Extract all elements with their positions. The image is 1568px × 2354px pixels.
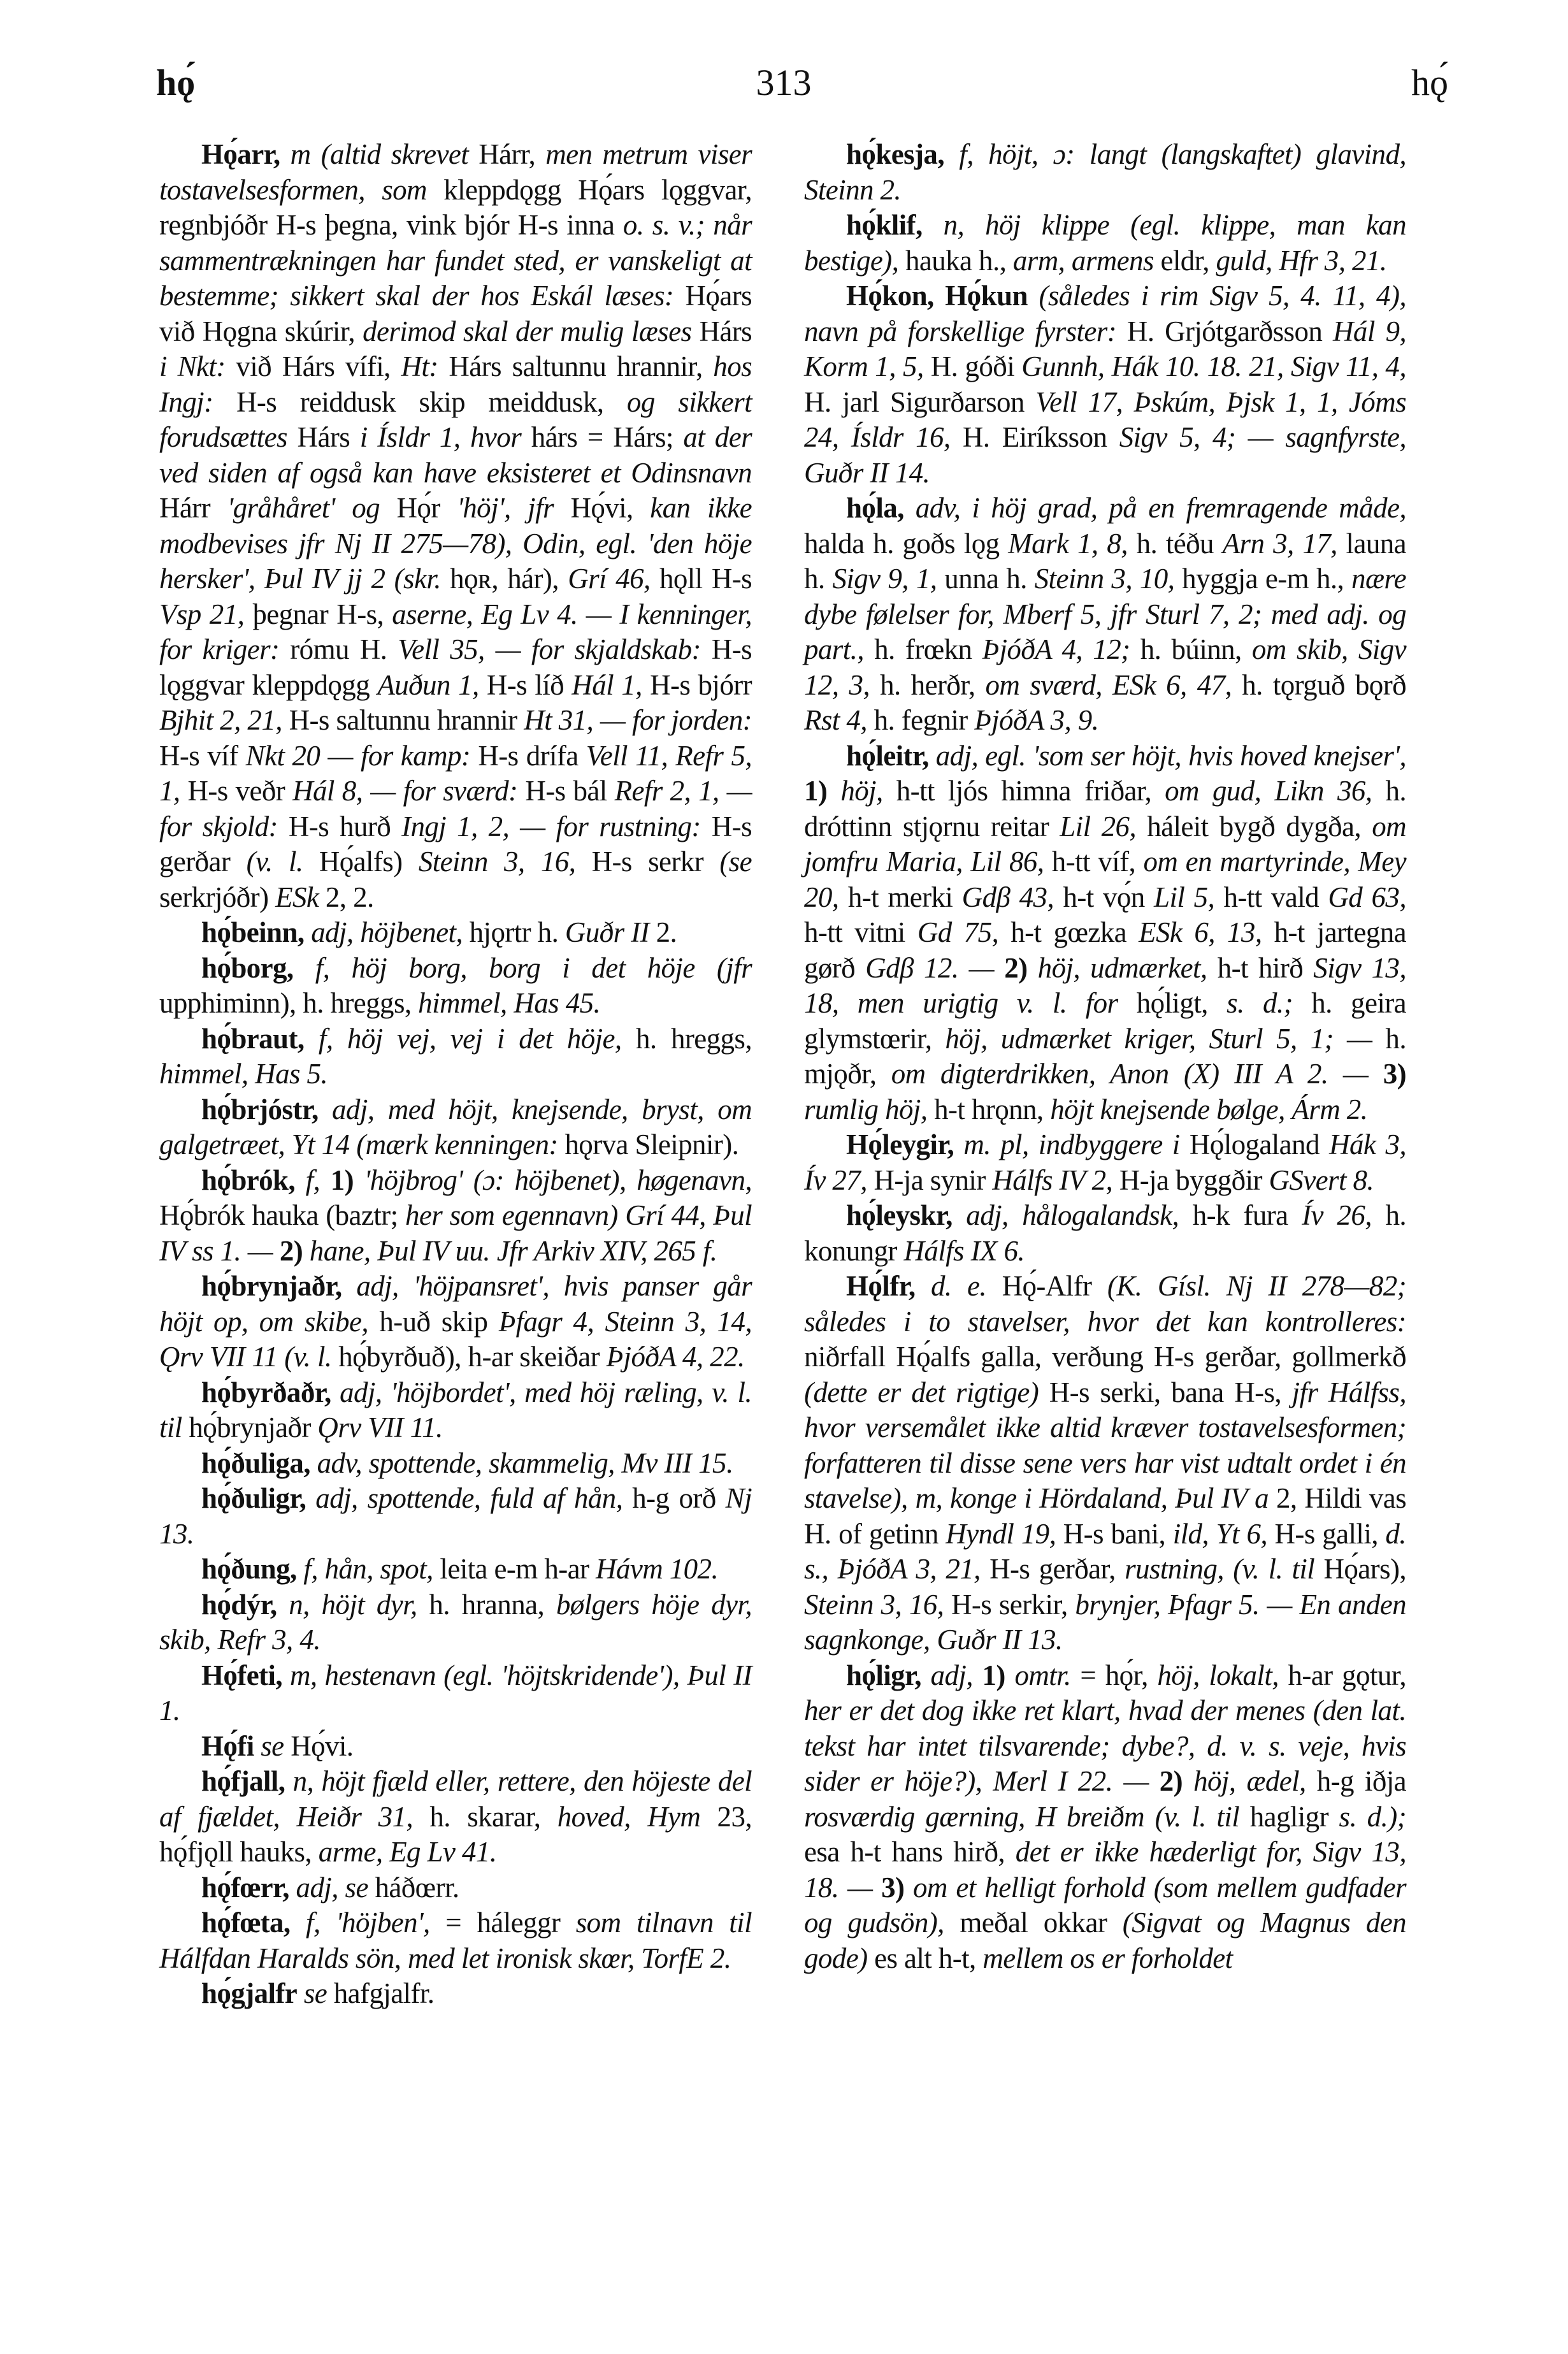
dictionary-entry: hǫ́borg, f, höj borg, borg i det höje (j… (159, 951, 752, 1022)
gloss-text: Mark 1, 8, (1008, 528, 1136, 560)
dictionary-entry: hǫ́ðung, f, hån, spot, leita e-m h-ar Há… (159, 1552, 752, 1587)
citation-text: h-t gœzka (1011, 916, 1139, 948)
gloss-text: guld, Hfr 3, 21. (1216, 245, 1387, 277)
headword: Hǫ́fi (201, 1730, 254, 1762)
gloss-text: om gud, Likn 36, (1165, 775, 1385, 807)
citation-text: leita e-m h-ar (440, 1553, 596, 1585)
headword: hǫ́braut, (201, 1023, 305, 1055)
gloss-text: Gdβ 43, (962, 881, 1063, 913)
gloss-text: höj, ædel, (1193, 1765, 1317, 1797)
gloss-text: se (254, 1730, 291, 1762)
gloss-text: (se (719, 846, 752, 877)
headword: Hǫ́kon, Hǫ́kun (846, 280, 1028, 312)
gloss-text: himmel, Has 45. (418, 987, 600, 1019)
gloss-text: m (altid skrevet (280, 138, 478, 170)
citation-text: H-s bjórr (650, 669, 752, 701)
citation-text: H-s serkr (592, 846, 720, 877)
citation-text: H-s veðr (187, 775, 292, 807)
gloss-text: adj, egl. 'som ser höjt, hvis hoved knej… (929, 740, 1406, 772)
gloss-text: Ǫrv VII 11. (317, 1412, 442, 1443)
headword: hǫ́beinn, (201, 916, 305, 948)
citation-text: H. Grjótgarðsson (1127, 315, 1333, 347)
dictionary-entry: Hǫ́fi se Hǫ́vi. (159, 1729, 752, 1765)
citation-text: hǫ́ligt, (1137, 987, 1226, 1019)
left-guide-word: hǫ́ (156, 61, 195, 105)
citation-text: meðal okkar (960, 1907, 1122, 1939)
citation-text: H-s víf (159, 740, 246, 772)
headword: hǫ́byrðaðr, (201, 1376, 331, 1408)
dictionary-entry: hǫ́beinn, adj, höjbenet, hjǫrtr h. Guðr … (159, 915, 752, 951)
headword: Hǫ́arr, (201, 138, 280, 170)
citation-text: Hǫ́ars), (1323, 1553, 1406, 1585)
citation-text: Hǫ́alfs) (319, 846, 419, 877)
gloss-text: Auðun 1, (377, 669, 487, 701)
gloss-text: om digterdrikken, Anon (X) III A 2. — (891, 1058, 1383, 1090)
citation-text: hjǫrtr h. (470, 916, 565, 948)
sense-number: 3) (1383, 1058, 1406, 1090)
gloss-text: ÞjóðA 4, 22. (607, 1341, 745, 1373)
citation-text: es alt h-t, (874, 1942, 982, 1974)
gloss-text: se (297, 1977, 334, 2009)
gloss-text: adj, spottende, fuld af hån, (306, 1482, 632, 1514)
dictionary-entry: hǫ́braut, f, höj vej, vej i det höje, h.… (159, 1022, 752, 1092)
dictionary-entry: Hǫ́arr, m (altid skrevet Hárr, men metru… (159, 137, 752, 915)
gloss-text: ild, Yt 6, (1173, 1518, 1275, 1550)
citation-text: h-tt ljós himna friðar, (896, 775, 1165, 807)
citation-text: H-s reiddusk skip meiddusk, (236, 386, 627, 418)
gloss-text: Gdβ 12. — (865, 952, 1004, 984)
gloss-text: Hávm 102. (596, 1553, 718, 1585)
gloss-text: Arn 3, 17, (1223, 528, 1346, 560)
gloss-text: arm, armens (1013, 245, 1161, 277)
gloss-text: Lil 5, (1154, 881, 1223, 913)
citation-text: h-g iðja (1317, 1765, 1406, 1797)
gloss-text: 'höjbrog' (ɔ: höjbenet), høgenavn, (364, 1164, 752, 1196)
dictionary-entry: Hǫ́lfr, d. e. Hǫ́-Alfr (K. Gísl. Nj II 2… (804, 1269, 1406, 1658)
gloss-text: mellem os er forholdet (982, 1942, 1232, 1974)
gloss-text: Gd 75, (917, 916, 1011, 948)
citation-text: halda h. goðs lǫg (804, 528, 1008, 560)
citation-text: H. jarl Sigurðarson (804, 386, 1035, 418)
citation-text: h. frœkn (874, 633, 982, 665)
citation-text: h. tǫrguð bǫrð (1242, 669, 1406, 701)
citation-text: h. hreggs, (636, 1023, 752, 1055)
citation-text: = hǫ́r, (1080, 1659, 1157, 1691)
citation-text: serkrjóðr) (159, 881, 275, 913)
gloss-text: ÞjóðA 4, 12; (982, 633, 1140, 665)
citation-text: H-s bál (525, 775, 614, 807)
gloss-text: n, höjt dyr, (277, 1589, 429, 1621)
citation-text: Hǫ́brók hauka (baztr; (159, 1199, 405, 1231)
gloss-text: Steinn 3, 16, (804, 1589, 951, 1621)
dictionary-entry: hǫ́brjóstr, adj, med höjt, knejsende, br… (159, 1092, 752, 1163)
headword: hǫ́la, (846, 492, 904, 524)
citation-text: h-t merki (848, 881, 962, 913)
gloss-text: Ht 31, — for jorden: (524, 704, 752, 736)
citation-text: þegnar H-s, (252, 598, 392, 630)
citation-text: H-s galli, (1275, 1518, 1386, 1550)
gloss-text: om sværd, ESk 6, 47, (986, 669, 1242, 701)
dictionary-page: hǫ́ 313 hǫ́ Hǫ́arr, m (altid skrevet Hár… (0, 0, 1568, 2354)
gloss-text: i Ísldr 1, hvor (360, 421, 531, 453)
right-column: hǫ́kesja, f, höjt, ɔ: langt (langskaftet… (804, 137, 1406, 1976)
dictionary-entry: hǫ́byrðaðr, adj, 'höjbordet', med höj ræ… (159, 1375, 752, 1446)
citation-text: h-t vǫ́n (1063, 881, 1154, 913)
gloss-text: rustning, (v. l. til (1125, 1553, 1323, 1585)
citation-text: hǫrva Sleipnir). (565, 1129, 738, 1160)
dictionary-entry: hǫ́ðuligr, adj, spottende, fuld af hån, … (159, 1481, 752, 1552)
sense-number: 2) (280, 1235, 310, 1267)
gloss-text: Gunnh, Hák 10. 18. 21, Sigv 11, 4, (1021, 350, 1406, 382)
dictionary-entry: hǫ́fœta, f, 'höjben', = háleggr som tiln… (159, 1905, 752, 1976)
citation-text: H-s gerðar, (989, 1553, 1125, 1585)
dictionary-entry: hǫ́leitr, adj, egl. 'som ser höjt, hvis … (804, 739, 1406, 1128)
citation-text: H-s serkir, (951, 1589, 1075, 1621)
citation-text: h. herðr, (880, 669, 985, 701)
headword: Hǫ́feti, (201, 1659, 282, 1691)
citation-text: Hǫ́-Alfr (1002, 1270, 1107, 1302)
dictionary-entry: hǫ́fjall, n, höjt fjæld eller, rettere, … (159, 1764, 752, 1870)
gloss-text: rosværdig gærning, H breiðm (v. l. til (804, 1801, 1250, 1833)
gloss-text: Nkt 20 — for kamp: (246, 740, 478, 772)
gloss-text: rumlig höj, (804, 1094, 934, 1125)
gloss-text: Grí 46, (568, 563, 659, 595)
gloss-text: Bjhit 2, 21, (159, 704, 289, 736)
citation-text: Hǫ́vi, (570, 492, 650, 524)
gloss-text: Ingj 1, 2, — for rustning: (401, 811, 712, 842)
gloss-text: höjt knejsende bølge, Árm 2. (1050, 1094, 1367, 1125)
gloss-text: Rst 4, (804, 704, 874, 736)
gloss-text: Steinn 3, 10, (1035, 563, 1183, 595)
gloss-text: höj, (840, 775, 896, 807)
citation-text: H-s hurð (289, 811, 401, 842)
citation-text: H. Eiríksson (963, 421, 1119, 453)
citation-text: 2, 2. (326, 881, 374, 913)
gloss-text: Lil 26, (1060, 811, 1147, 842)
gloss-text: Hál 1, (572, 669, 650, 701)
dictionary-entry: hǫ́fœrr, adj, se háðœrr. (159, 1870, 752, 1906)
citation-text: Hǫ́vi. (291, 1730, 353, 1762)
gloss-text: Hál 8, — for sværd: (292, 775, 525, 807)
headword: hǫ́klif, (846, 209, 923, 241)
sense-number: 1) (331, 1164, 364, 1196)
gloss-text: adj, (921, 1659, 982, 1691)
gloss-text: ESk 6, 13, (1139, 916, 1274, 948)
headword: hǫ́brók, (201, 1164, 295, 1196)
sense-number: 1) (804, 775, 840, 807)
citation-text: hagligr (1250, 1801, 1339, 1833)
gloss-text: Guðr II (565, 916, 656, 948)
headword: hǫ́ðung, (201, 1553, 297, 1585)
gloss-text: Hyndl 19, (946, 1518, 1063, 1550)
citation-text: = háleggr (445, 1907, 576, 1939)
gloss-text: Ht: (401, 350, 449, 382)
gloss-text: Ív 26, (1302, 1199, 1385, 1231)
gloss-text: f, hån, spot, (297, 1553, 440, 1585)
citation-text: Hárs (699, 315, 752, 347)
gloss-text: adj, höjbenet, (305, 916, 470, 948)
gloss-text: s. d.; (1226, 987, 1311, 1019)
headword: hǫ́leyskr, (846, 1199, 953, 1231)
citation-text: H. góði (931, 350, 1022, 382)
headword: hǫ́fœrr, (201, 1872, 289, 1903)
citation-text: hǫ́brynjaðr (189, 1412, 317, 1443)
citation-text: H-s saltunnu hrannir (289, 704, 524, 736)
headword: hǫ́borg, (201, 952, 294, 984)
sense-number: 2) (1004, 952, 1037, 984)
right-guide-word: hǫ́ (1411, 61, 1448, 105)
citation-text: h-tt vitni (804, 916, 917, 948)
gloss-text: adv, spottende, skammelig, Mv III 15. (310, 1447, 733, 1479)
gloss-text: adj, hålogalandsk, (953, 1199, 1193, 1231)
citation-text: H-ja byggðir (1119, 1164, 1269, 1196)
citation-text: h. búinn, (1140, 633, 1252, 665)
citation-text: rómu H. (290, 633, 398, 665)
citation-text: háðœrr. (375, 1872, 459, 1903)
citation-text: Hárr, (478, 138, 545, 170)
sense-number: 2) (1160, 1765, 1193, 1797)
gloss-text: f, (295, 1164, 331, 1196)
gloss-text: hoved, Hym (557, 1801, 717, 1833)
dictionary-entry: hǫ́leyskr, adj, hålogalandsk, h-k fura Í… (804, 1198, 1406, 1269)
dictionary-entry: hǫ́kesja, f, höjt, ɔ: langt (langskaftet… (804, 137, 1406, 208)
citation-text: h-tt vald (1224, 881, 1328, 913)
citation-text: niðrfall Hǫ́alfs galla, verðung H-s gerð… (804, 1341, 1406, 1373)
headword: hǫ́brynjaðr, (201, 1270, 342, 1302)
dictionary-entry: hǫ́la, adv, i höj grad, på en fremragend… (804, 491, 1406, 739)
gloss-text: Hálfs IV 2, (992, 1164, 1119, 1196)
dictionary-entry: hǫ́klif, n, höj klippe (egl. klippe, man… (804, 208, 1406, 278)
citation-text: hyggja e-m h., (1182, 563, 1351, 595)
gloss-text: f, 'höjben', (291, 1907, 446, 1939)
dictionary-entry: Hǫ́leygir, m. pl, indbyggere i Hǫ́logala… (804, 1127, 1406, 1198)
citation-text: hárs = Hárs; (531, 421, 684, 453)
citation-text: háleit bygð dygða, (1147, 811, 1372, 842)
citation-text: h. skarar, (429, 1801, 557, 1833)
citation-text: hauka h., (905, 245, 1013, 277)
gloss-text: höj, udmærket kriger, Sturl 5, 1; — (945, 1023, 1385, 1055)
citation-text: h-t hirð (1218, 952, 1314, 984)
page-number: 313 (733, 61, 835, 105)
citation-text: hafgjalfr. (334, 1977, 435, 2009)
left-column: Hǫ́arr, m (altid skrevet Hárr, men metru… (159, 137, 752, 2012)
citation-text: við Hárs vífi, (236, 350, 401, 382)
citation-text: Hárs saltunnu hrannir, (449, 350, 713, 382)
citation-text: hǫ́byrðuð), h-ar skeiðar (338, 1341, 606, 1373)
citation-text: H-s drífa (478, 740, 586, 772)
gloss-text: adj, se (289, 1872, 375, 1903)
gloss-text: f, höj borg, borg i det höje (jfr (294, 952, 752, 984)
headword: hǫ́ðuligr, (201, 1482, 306, 1514)
headword: hǫ́leitr, (846, 740, 929, 772)
headword: hǫ́dýr, (201, 1589, 277, 1621)
citation-text: upphiminn), h. hreggs, (159, 987, 418, 1019)
dictionary-entry: hǫ́ðuliga, adv, spottende, skammelig, Mv… (159, 1446, 752, 1482)
gloss-text: ESk (275, 881, 326, 913)
citation-text: Hǫ́logaland (1190, 1129, 1329, 1160)
headword: hǫ́fjall, (201, 1765, 285, 1797)
citation-text: h. hranna, (429, 1589, 556, 1621)
gloss-text: Hálfs IX 6. (903, 1235, 1025, 1267)
gloss-text: derimod skal der mulig læses (363, 315, 699, 347)
citation-text: H-s líð (487, 669, 572, 701)
gloss-text: 'gråhåret' og (227, 492, 397, 524)
citation-text: Hárs (298, 421, 360, 453)
citation-text: H-ja synir (874, 1164, 993, 1196)
gloss-text: m. pl, indbyggere i (954, 1129, 1190, 1160)
headword: hǫ́fœta, (201, 1907, 291, 1939)
gloss-text: höj, udmærket, (1038, 952, 1218, 984)
gloss-text: GSvert 8. (1269, 1164, 1374, 1196)
dictionary-entry: hǫ́brók, f, 1) 'höjbrog' (ɔ: höjbenet), … (159, 1163, 752, 1269)
citation-text: hǫll H-s (659, 563, 752, 595)
gloss-text: (v. l. (247, 846, 319, 877)
gloss-text: ÞjóðA 3, 9. (974, 704, 1098, 736)
citation-text: h-g orð (632, 1482, 725, 1514)
headword: Hǫ́leygir, (846, 1129, 954, 1160)
citation-text: h. fegnir (874, 704, 975, 736)
gloss-text: himmel, Has 5. (159, 1058, 327, 1090)
gloss-text: Gd 63, (1328, 881, 1406, 913)
citation-text: h-tt víf, (1052, 846, 1144, 877)
gloss-text: adv, i höj grad, på en fremragende måde, (904, 492, 1406, 524)
dictionary-entry: Hǫ́feti, m, hestenavn (egl. 'höjtskriden… (159, 1658, 752, 1729)
citation-text: Hárr (159, 492, 227, 524)
citation-text: h-t hrǫnn, (934, 1094, 1050, 1125)
sense-number: 3) (881, 1872, 913, 1903)
gloss-text: f, höj vej, vej i det höje, (305, 1023, 636, 1055)
gloss-text: hane, Þul IV uu. Jfr Arkiv XIV, 265 f. (310, 1235, 717, 1267)
citation-text: esa h-t hans hirð, (804, 1836, 1016, 1868)
gloss-text: Vell 35, — for skjaldskab: (398, 633, 712, 665)
headword: hǫ́ligr, (846, 1659, 921, 1691)
citation-text: unna h. (944, 563, 1034, 595)
citation-text: 2. (656, 916, 677, 948)
sense-number: 1) (982, 1659, 1015, 1691)
gloss-text: d. e. (915, 1270, 1002, 1302)
headword: Hǫ́lfr, (846, 1270, 915, 1302)
gloss-text: Steinn 3, 16, (419, 846, 592, 877)
dictionary-entry: hǫ́dýr, n, höjt dyr, h. hranna, bølgers … (159, 1587, 752, 1658)
dictionary-entry: Hǫ́kon, Hǫ́kun (således i rim Sigv 5, 4.… (804, 278, 1406, 491)
citation-text: Hǫ́r (397, 492, 457, 524)
citation-text: hǫʀ, hár), (450, 563, 568, 595)
citation-text: h-uð skip (379, 1306, 498, 1338)
gloss-text: arme, Eg Lv 41. (319, 1836, 497, 1868)
citation-text: h-ar gǫtur, (1288, 1659, 1407, 1691)
citation-text: h-k fura (1193, 1199, 1302, 1231)
headword: hǫ́brjóstr, (201, 1094, 319, 1125)
citation-text: h. téðu (1137, 528, 1223, 560)
gloss-text: s. d.); (1339, 1801, 1406, 1833)
citation-text: eldr, (1160, 245, 1216, 277)
gloss-text: omtr. (1014, 1659, 1080, 1691)
gloss-text: Vsp 21, (159, 598, 252, 630)
citation-text: H-s serki, bana H-s, (1049, 1376, 1292, 1408)
headword: hǫ́gjalfr (201, 1977, 297, 2009)
headword: hǫ́kesja, (846, 138, 944, 170)
dictionary-entry: hǫ́gjalfr se hafgjalfr. (159, 1976, 752, 2012)
gloss-text: höj, lokalt, (1157, 1659, 1288, 1691)
gloss-text: (dette er det rigtige) (804, 1376, 1049, 1408)
gloss-text: 'höj', jfr (457, 492, 570, 524)
dictionary-entry: hǫ́brynjaðr, adj, 'höjpansret', hvis pan… (159, 1269, 752, 1375)
gloss-text: Sigv 9, 1, (832, 563, 944, 595)
gloss-text: i Nkt: (159, 350, 236, 382)
dictionary-entry: hǫ́ligr, adj, 1) omtr. = hǫ́r, höj, loka… (804, 1658, 1406, 1977)
headword: hǫ́ðuliga, (201, 1447, 310, 1479)
citation-text: H-s bani, (1063, 1518, 1173, 1550)
